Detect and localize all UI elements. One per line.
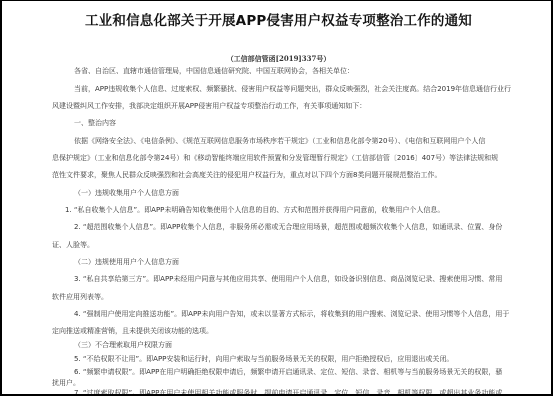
subsection-heading: （一）违规收集用户个人信息方面: [74, 189, 179, 198]
paragraph-line: 扰用户。: [52, 379, 80, 388]
paragraph-line: 当前，APP违规收集个人信息、过度索权、频繁骚扰、侵害用户权益等问题突出，群众反…: [74, 85, 511, 94]
paragraph-line: 3. “私自共享给第三方”。即APP未经用户同意与其他应用共享、使用用户个人信息…: [74, 275, 502, 284]
paragraph-line: 1. “私自收集个人信息”。即APP未明确告知收集使用个人信息的目的、方式和范围…: [65, 206, 444, 215]
subsection-heading: （二）违规使用用户个人信息方面: [74, 258, 179, 267]
paragraph-line: 息保护规定》（工业和信息化部令第24号）和《移动智能终端应用软件预置和分发管理暂…: [52, 154, 498, 163]
section-heading: 一、整治内容: [74, 119, 116, 128]
paragraph-line: 5. “不给权限不让用”。即APP安装和运行时，向用户索取与当前服务场景无关的权…: [74, 355, 453, 364]
document-number: （工信部信管函[2019]337号）: [2, 54, 553, 64]
document-page: 工业和信息化部关于开展APP侵害用户权益专项整治工作的通知 （工信部信管函[20…: [0, 0, 553, 396]
paragraph-line: 证、人脸等。: [52, 241, 94, 250]
document-title: 工业和信息化部关于开展APP侵害用户权益专项整治工作的通知: [2, 9, 553, 29]
paragraph-line: 依据《网络安全法》、《电信条例》、《规范互联网信息服务市场秩序若干规定》（工业和…: [74, 137, 485, 146]
paragraph-line: 范性文件要求，聚焦人民群众反映强烈和社会高度关注的侵犯用户权益行为，重点对以下四…: [52, 171, 441, 180]
paragraph-line: 软件应用列表等。: [52, 293, 108, 302]
paragraph-line: 风建设暨纠风工作安排，我部决定组织开展APP侵害用户权益专项整治行动工作，有关事…: [52, 102, 366, 111]
paragraph-line: 4. “强制用户使用定向推送功能”。即APP未向用户告知，或未以显著方式标示，将…: [74, 310, 509, 319]
paragraph-line: 6. “频繁申请权限”。即APP在用户明确拒绝权限申请后，频繁申请开启通讯录、定…: [74, 368, 502, 377]
subsection-heading: （三）不合理索取用户权限方面: [74, 341, 172, 350]
paragraph-line: 定向推送或精准营销，且未提供关闭该功能的选项。: [52, 327, 213, 336]
paragraph-line: 7. “过度索取权限”。即APP在用户未使用相关功能或服务时，提前申请开启通讯录…: [74, 389, 502, 396]
salutation: 各省、自治区、直辖市通信管理局，中国信息通信研究院、中国互联网协会，各相关单位：: [74, 67, 354, 76]
paragraph-line: 2. “超范围收集个人信息”。即APP收集个人信息，非服务所必需或无合理应用场景…: [74, 223, 502, 232]
